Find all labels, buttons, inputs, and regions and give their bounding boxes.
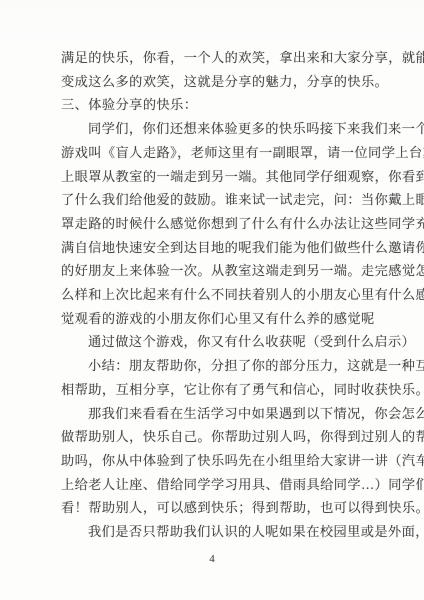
text-line: 上眼罩从教室的一端走到另一端。其他同学仔细观察，你看到 [61,165,406,189]
document-page: 满足的快乐，你看，一个人的欢笑，拿出来和大家分享，就能 变成这么多的欢笑，这就是… [0,0,424,600]
text-line: 罩走路的时候什么感觉你想到了什么有什么办法让这些同学充 [61,212,406,236]
text-line: 同学们，你们还想来体验更多的快乐吗接下来我们来一个 [61,117,406,141]
document-text-block: 满足的快乐，你看，一个人的欢笑，拿出来和大家分享，就能 变成这么多的欢笑，这就是… [61,46,406,544]
text-line: 我们是否只帮助我们认识的人呢如果在校园里或是外面， [61,520,406,544]
text-line: 游戏叫《盲人走路》，老师这里有一副眼罩，请一位同学上台戴 [61,141,406,165]
page-number: 4 [0,551,424,567]
text-line: 了什么我们给他爱的鼓励。谁来试一试走完，问：当你戴上眼 [61,188,406,212]
section-heading: 三、体验分享的快乐： [61,93,406,117]
text-line: 看！帮助别人，可以感到快乐；得到帮助，也可以得到快乐。 [61,496,406,520]
text-line: 助吗，你从中体验到了快乐吗先在小组里给大家讲一讲（汽车 [61,449,406,473]
text-line: 上给老人让座、借给同学学习用具、借雨具给同学…）同学们， [61,473,406,497]
text-line: 通过做这个游戏，你又有什么收获呢（受到什么启示） [61,330,406,354]
text-line: 做帮助别人，快乐自己。你帮助过别人吗，你得到过别人的帮 [61,425,406,449]
text-line: 小结：朋友帮助你，分担了你的部分压力，这就是一种互 [61,354,406,378]
text-line: 满自信地快速安全到达目地的呢我们能为他们做些什么邀请你 [61,236,406,260]
text-line: 满足的快乐，你看，一个人的欢笑，拿出来和大家分享，就能 [61,46,406,70]
text-line: 那我们来看看在生活学习中如果遇到以下情况，你会怎么 [61,402,406,426]
text-line: 相帮助，互相分享，它让你有了勇气和信心，同时收获快乐。 [61,378,406,402]
text-line: 变成这么多的欢笑，这就是分享的魅力，分享的快乐。 [61,70,406,94]
text-line: 的好朋友上来体验一次。从教室这端走到另一端。走完感觉怎 [61,259,406,283]
text-line: 么样和上次比起来有什么不同扶着别人的小朋友心里有什么感 [61,283,406,307]
text-line: 觉观看的游戏的小朋友你们心里又有什么养的感觉呢 [61,307,406,331]
